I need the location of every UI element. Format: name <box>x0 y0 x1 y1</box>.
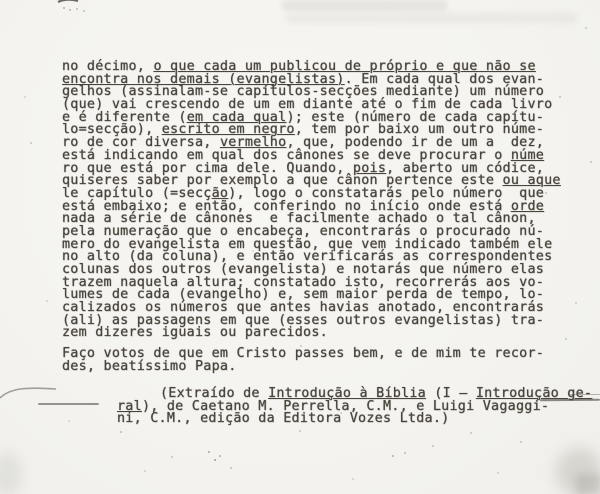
corner-smudge <box>556 448 600 494</box>
scan-dash-artifact <box>38 403 99 405</box>
citation-block: (Extraído de Introdução à Bíblia (I — In… <box>117 388 592 426</box>
ink-bleedthrough-strip <box>282 0 447 11</box>
corner-smudge <box>576 474 600 494</box>
scan-line-curve-artifact <box>0 382 62 404</box>
scan-noise-speckles <box>0 0 2 2</box>
text-segment: des, beatíssimo Papa. <box>62 359 237 374</box>
text-line: ni, C.M., edição da Editora Vozes Ltda.) <box>117 413 592 426</box>
pencil-scribble-mark <box>54 0 102 16</box>
corner-smudge <box>0 452 22 494</box>
text-segment: ni, C.M., edição da Editora Vozes Ltda.) <box>117 411 449 426</box>
ink-bleedthrough-strip <box>286 13 576 23</box>
scanned-document-page: no décimo, o que cada um publicou de pró… <box>0 0 600 494</box>
closing-paragraph: Faço votos de que em Cristo passes bem, … <box>62 348 544 373</box>
text-line: des, beatíssimo Papa. <box>62 361 544 374</box>
text-line: zem dizeres iguais ou parecidos. <box>62 327 561 340</box>
main-paragraph: no décimo, o que cada um publicou de pró… <box>62 61 561 340</box>
text-segment: zem dizeres iguais ou parecidos. <box>62 325 328 340</box>
